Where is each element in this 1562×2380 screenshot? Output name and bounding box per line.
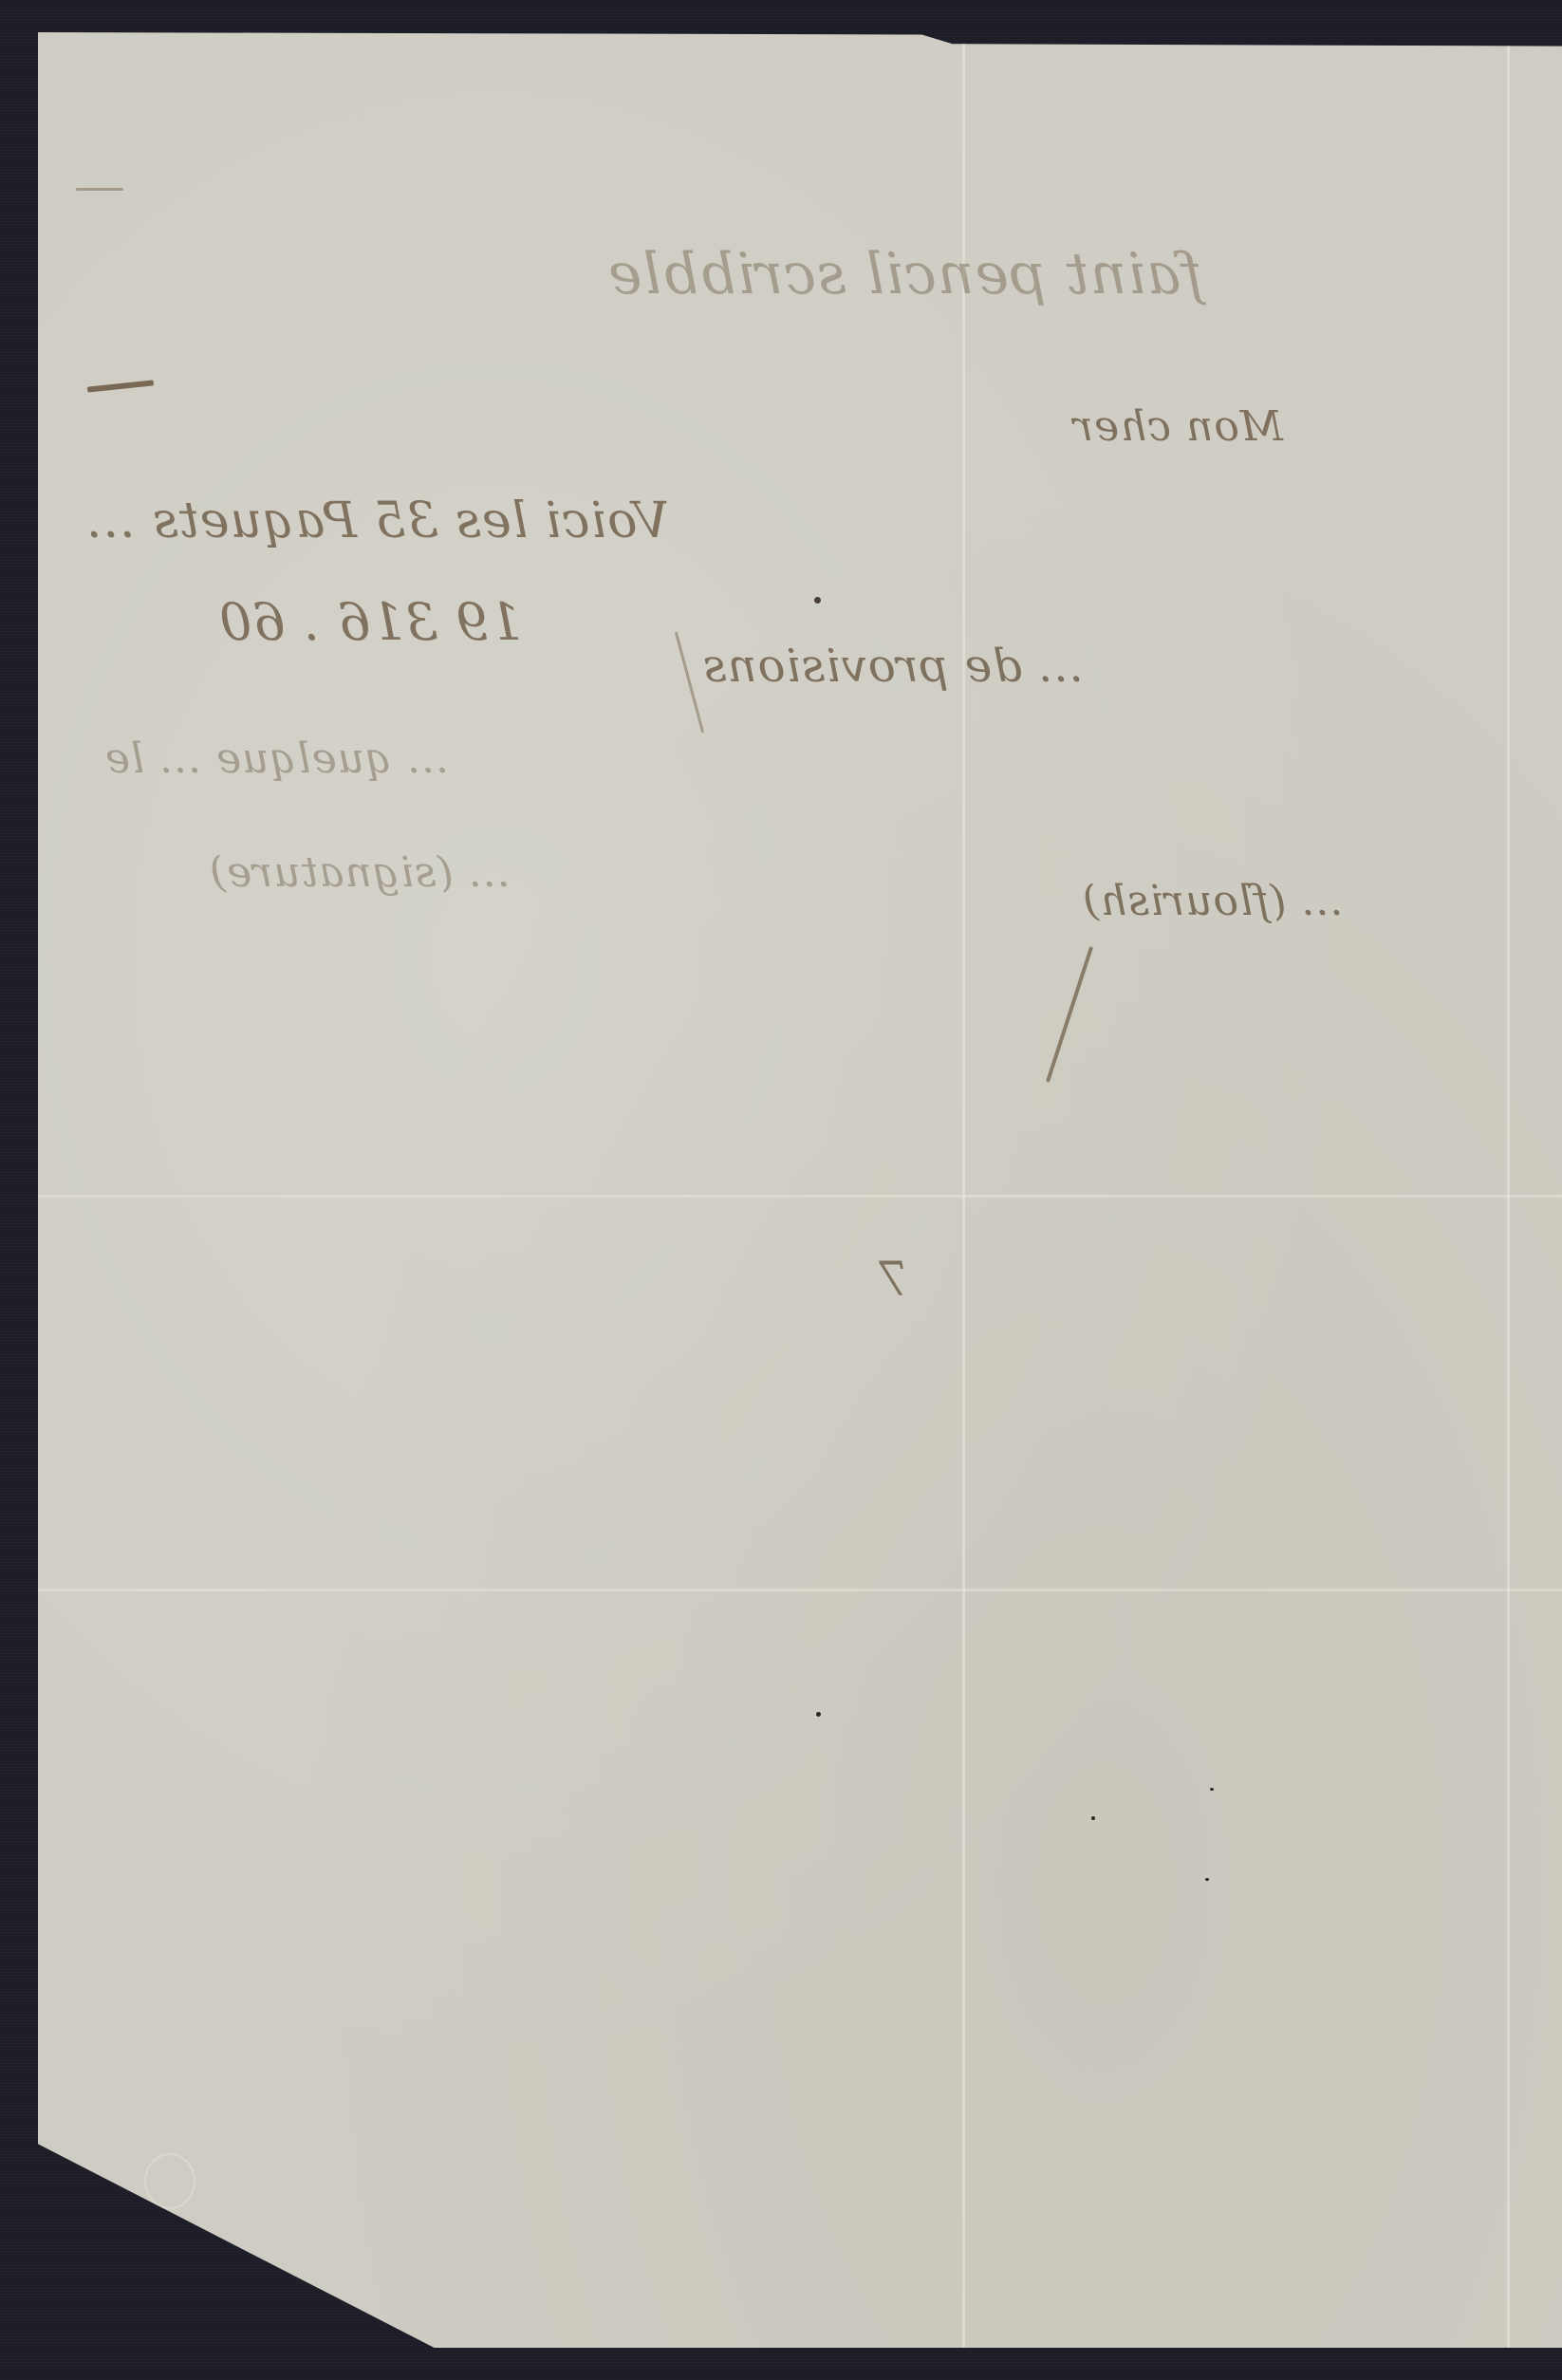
- letter-line-7-flourish: ... (flourish): [1082, 877, 1344, 925]
- letter-line-3-amount: 19 316 . 60: [218, 592, 522, 652]
- letter-line-5: ... quelque ... le: [104, 734, 449, 783]
- ink-spot: [1205, 1878, 1209, 1881]
- paper-watermark: [144, 2153, 195, 2209]
- flourish-stroke: [1046, 946, 1093, 1083]
- letter-line-4: ... de provisions: [702, 640, 1084, 693]
- letter-line-2: Voici les 35 Paquets ...: [85, 493, 669, 549]
- ink-spot: [814, 597, 821, 604]
- loop-stroke: [675, 631, 704, 733]
- ink-spot: [1091, 1816, 1095, 1820]
- pencil-scribble: faint pencil scribble: [607, 241, 1202, 307]
- margin-dash: [87, 380, 154, 392]
- paper-sheet: faint pencil scribble Mon cher Voici les…: [38, 32, 1562, 2348]
- fold-line-vertical: [962, 32, 965, 2348]
- fold-line-vertical-right: [1507, 32, 1510, 2348]
- letter-line-1: Mon cher: [1072, 402, 1283, 451]
- ink-spot: [1210, 1788, 1214, 1791]
- margin-dash-top: [76, 188, 123, 191]
- fold-line-horizontal: [38, 1195, 1562, 1198]
- page-mark-7: 7: [878, 1252, 909, 1307]
- letter-line-6-signature: ... (signature): [209, 848, 511, 897]
- fold-line-horizontal-lower: [38, 1589, 1562, 1591]
- ink-spot: [816, 1712, 821, 1717]
